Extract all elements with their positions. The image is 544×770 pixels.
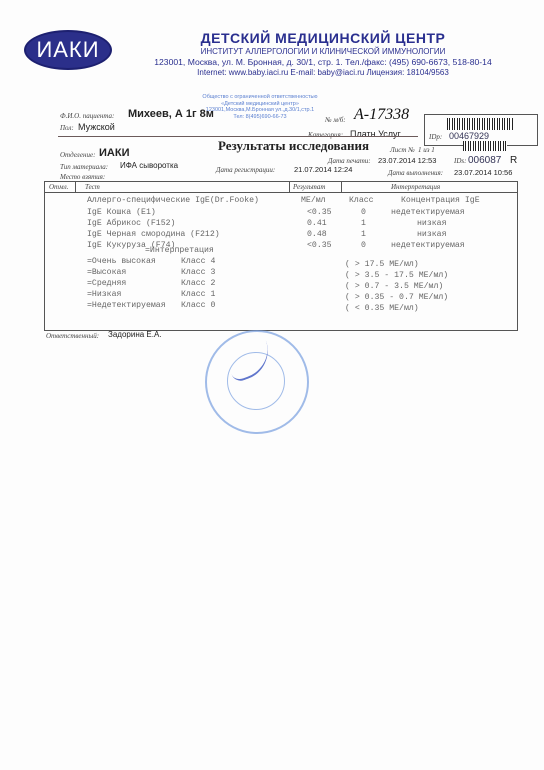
dept-label: Отделение: [60,151,95,159]
row-value: 0.41 [307,219,327,228]
legend-range: ( > 0.35 - 0.7 МЕ/мл) [345,293,448,302]
material-value: ИФА сыворотка [120,161,178,170]
row-interp: низкая [417,230,446,239]
legend-title: =Интерпретация [145,246,214,255]
row-interp: недетектируемая [391,241,465,250]
sheet-label: Лист № [390,146,415,154]
patient-name-label: Ф.И.О. пациента: [60,112,114,120]
barcode-icon [463,141,507,151]
row-class: 1 [361,219,366,228]
card-label: № м/б: [325,116,346,124]
barcode-icon [447,118,513,130]
org-name: ДЕТСКИЙ МЕДИЦИНСКИЙ ЦЕНТР [118,30,528,46]
legend-class: Класс 0 [181,301,215,310]
conc-header: Концентрация IgE [401,196,480,205]
row-class: 1 [361,230,366,239]
sex-value: Мужской [78,122,115,132]
row-interp: недетектируемая [391,208,465,217]
idp-value: 00467929 [449,131,489,141]
legend-name: =Недетектируемая [87,301,166,310]
row-value: <0.35 [307,208,332,217]
iaki-logo: ИАКИ [24,30,112,70]
legend-name: =Очень высокая [87,257,156,266]
letterhead: ДЕТСКИЙ МЕДИЦИНСКИЙ ЦЕНТР ИНСТИТУТ АЛЛЕР… [118,30,528,77]
legend-range: ( > 3.5 - 17.5 МЕ/мл) [345,271,448,280]
legend-name: =Высокая [87,268,126,277]
class-header: Класс [349,196,374,205]
legend-range: ( < 0.35 МЕ/мл) [345,304,419,313]
institute-name: ИНСТИТУТ АЛЛЕРГОЛОГИИ И КЛИНИЧЕСКОЙ ИММУ… [118,47,528,56]
sex-label: Пол: [60,124,74,132]
material-label: Тип материала: [60,163,108,171]
legend-range: ( > 0.7 - 3.5 МЕ/мл) [345,282,443,291]
row-test: IgE Черная смородина (F212) [87,230,220,239]
legend-range: ( > 17.5 МЕ/мл) [345,260,419,269]
results-title: Результаты исследования [218,138,369,154]
address: 123001, Москва, ул. М. Бронная, д. 30/1,… [118,57,528,67]
legend-name: =Низкая [87,290,121,299]
legend-class: Класс 3 [181,268,215,277]
row-test: IgE Абрикос (F152) [87,219,175,228]
place-label: Место взятия: [60,173,105,181]
responsible-name: Задорина Е.А. [108,330,162,339]
legend-name: =Средняя [87,279,126,288]
legend-class: Класс 2 [181,279,215,288]
table-header: Отмл. Тест Результат Интерпретация [45,182,517,193]
row-test: IgE Кошка (E1) [87,208,156,217]
divider [58,136,418,137]
print-date: 23.07.2014 12:53 [378,156,436,165]
reg-date: 21.07.2014 12:24 [294,165,352,174]
dept-value: ИАКИ [99,147,129,159]
row-class: 0 [361,241,366,250]
ids-label: IDs: [454,157,466,165]
card-number: А-17338 [354,106,409,124]
row-value: <0.35 [307,241,332,250]
legend-class: Класс 4 [181,257,215,266]
contacts: Internet: www.baby.iaci.ru E-mail: baby@… [118,68,528,77]
unit-header: МЕ/мл [301,196,326,205]
print-label: Дата печати: [328,157,371,165]
patient-name: Михеев, А 1г 8м [128,108,214,120]
ids-value: 006087 [468,155,501,166]
row-value: 0.48 [307,230,327,239]
responsible-label: Ответственный: [46,332,99,340]
ids-suffix: R [510,155,517,166]
done-label: Дата выполнения: [388,169,443,177]
sheet-value: 1 из 1 [418,146,435,154]
reg-label: Дата регистрации: [216,166,275,174]
legend-class: Класс 1 [181,290,215,299]
row-interp: низкая [417,219,446,228]
row-class: 0 [361,208,366,217]
results-table: Отмл. Тест Результат Интерпретация Аллер… [44,181,518,331]
panel-title: Аллерго-специфические IgE(Dr.Fooke) [87,196,259,205]
org-stamp: Общество с ограниченной ответственностью… [198,94,322,120]
done-date: 23.07.2014 10:56 [454,168,512,177]
